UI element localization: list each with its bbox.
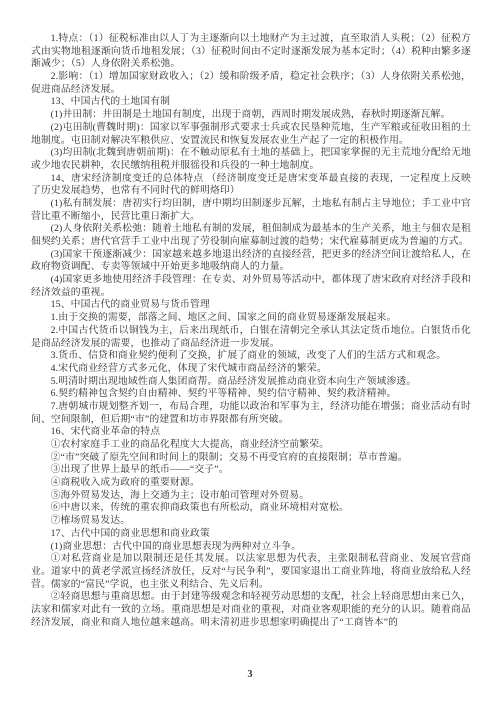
paragraph: ②“市”突破了原先空间和时间上的限制；交易不再受官府的直接限制；草市普遍。 — [31, 452, 471, 465]
paragraph: 1.由于交换的需要，部落之间、地区之间、国家之间的商业贸易逐渐发展起来。 — [31, 312, 471, 325]
paragraph: 15、中国古代的商业贸易与货币管理 — [31, 299, 471, 312]
paragraph: ⑥中唐以来，传统的重农抑商政策也有所松动，商业环境相对宽松。 — [31, 502, 471, 515]
paragraph: 17、古代中国的商业思想和商业政策 — [31, 528, 471, 541]
paragraph: 6.契约精神包含契约自由精神、契约平等精神、契约信守精神、契约救济精神。 — [31, 388, 471, 401]
paragraph: 7.唐朝城市规划整齐划一，布局合理，功能以政治和军事为主，经济功能在增强；商业活… — [31, 401, 471, 426]
paragraph: 14、唐宋经济制度变迁的总体特点 （经济制度变迁是唐宋变革最直接的表现，一定程度… — [31, 173, 471, 198]
paragraph: (2)屯田制(曹魏时期)：国家以军事强制形式要求士兵或农民垦种荒地，生产军粮或征… — [31, 122, 471, 147]
paragraph: ①对私营商业是加以限制还是任其发展。以法家思想为代表，主张限制私营商业、发展官营… — [31, 553, 471, 591]
paragraph: 13、中国古代的土地国有制 — [31, 96, 471, 109]
paragraph: (1)商业思想：古代中国的商业思想表现为两种对立斗争。 — [31, 541, 471, 554]
document-content: 1.特点：（1）征税标准由以人丁为主逐渐向以土地财产为主过渡，直至取消人头税；（… — [31, 33, 471, 629]
paragraph: (1)井田制：井田制是土地国有制度，出现于商朝，西周时期发展成熟，春秋时期逐渐瓦… — [31, 109, 471, 122]
paragraph: ①农村家庭手工业的商品化程度大大提高，商业经济空前繁荣。 — [31, 439, 471, 452]
paragraph: ⑤海外贸易发达，海上交通为主；设市舶司管理对外贸易。 — [31, 490, 471, 503]
paragraph: 1.特点：（1）征税标准由以人丁为主逐渐向以土地财产为主过渡，直至取消人头税；（… — [31, 33, 471, 71]
paragraph: 2.影响：（1）增加国家财政收入；（2）缓和阶级矛盾，稳定社会秩序；（3）人身依… — [31, 71, 471, 96]
paragraph: ③出现了世界上最早的纸币——“交子”。 — [31, 464, 471, 477]
paragraph: (2)人身依附关系松弛：随着土地私有制的发展，租佃制成为最基本的生产关系，地主与… — [31, 223, 471, 248]
paragraph: 5.明清时期出现地域性商人集团商帮。商品经济发展推动商业资本向生产领域渗透。 — [31, 376, 471, 389]
paragraph: ②轻商思想与重商思想。由于封建等级观念和轻视劳动思想的支配，社会上轻商思想由来已… — [31, 591, 471, 629]
document-page: 1.特点：（1）征税标准由以人丁为主逐渐向以土地财产为主过渡，直至取消人头税；（… — [0, 0, 500, 708]
paragraph: (1)私有制发展：唐初实行均田制，唐中期均田制逐步瓦解，土地私有制占主导地位；手… — [31, 198, 471, 223]
paragraph: (4)国家更多地使用经济手段管理：在专卖、对外贸易等活动中，都体现了唐宋政府对经… — [31, 274, 471, 299]
paragraph: 4.宋代商业经营方式多元化，体现了宋代城市商品经济的繁荣。 — [31, 363, 471, 376]
paragraph: ④商税收入成为政府的重要财源。 — [31, 477, 471, 490]
page-number: 3 — [0, 669, 500, 680]
paragraph: (3)均田制(北魏到唐朝前期)：在不触动原私有土地的基础上，把国家掌握的无主荒地… — [31, 147, 471, 172]
paragraph: 3.货币、信贷和商业契约便利了交换，扩展了商业的领域，改变了人们的生活方式和观念… — [31, 350, 471, 363]
paragraph: 2.中国古代货币以铜钱为主，后来出现纸币，白银在清朝完全承认其法定货币地位。白银… — [31, 325, 471, 350]
paragraph: (3)国家干预逐渐减少：国家越来越多地退出经济的直接经营，把更多的经济空间让渡给… — [31, 249, 471, 274]
paragraph: 16、宋代商业革命的特点 — [31, 426, 471, 439]
paragraph: ⑦榷场贸易发达。 — [31, 515, 471, 528]
